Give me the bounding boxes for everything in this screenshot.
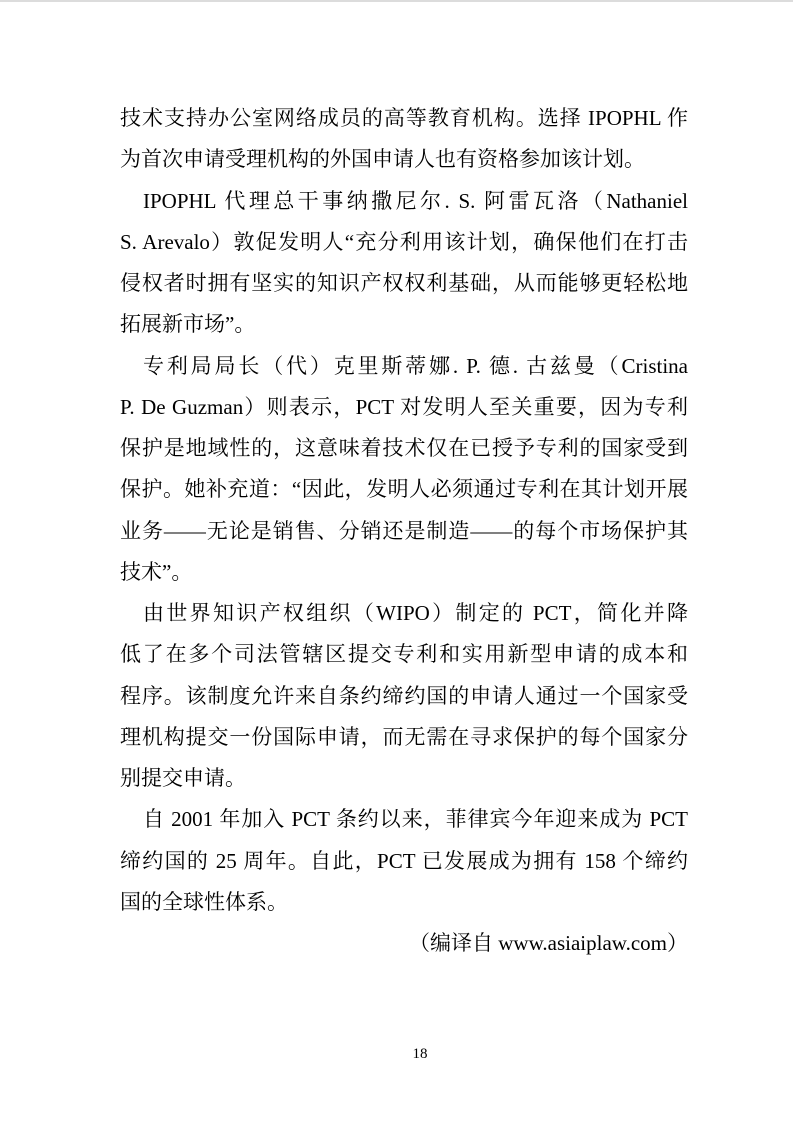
text-line: 缔约国的 25 周年。自此，PCT 已发展成为拥有 158 个缔约 bbox=[120, 841, 688, 882]
text-line: IPOPHL 代理总干事纳撒尼尔. S. 阿雷瓦洛（Nathaniel bbox=[120, 181, 688, 222]
article-body: 技术支持办公室网络成员的高等教育机构。选择 IPOPHL 作 为首次申请受理机构… bbox=[120, 98, 688, 964]
page-number: 18 bbox=[384, 1044, 456, 1064]
paragraph-arevalo-quote: IPOPHL 代理总干事纳撒尼尔. S. 阿雷瓦洛（Nathaniel S. A… bbox=[120, 181, 688, 346]
text-line: P. De Guzman）则表示，PCT 对发明人至关重要，因为专利 bbox=[120, 387, 688, 428]
text-line: 别提交申请。 bbox=[120, 758, 688, 799]
document-page: 技术支持办公室网络成员的高等教育机构。选择 IPOPHL 作 为首次申请受理机构… bbox=[0, 0, 793, 1122]
paragraph-ipophl-program: 技术支持办公室网络成员的高等教育机构。选择 IPOPHL 作 为首次申请受理机构… bbox=[120, 98, 688, 181]
text-line: 由世界知识产权组织（WIPO）制定的 PCT，简化并降 bbox=[120, 593, 688, 634]
paragraph-philippines-anniversary: 自 2001 年加入 PCT 条约以来，菲律宾今年迎来成为 PCT 缔约国的 2… bbox=[120, 799, 688, 923]
text-line: 业务——无论是销售、分销还是制造——的每个市场保护其 bbox=[120, 511, 688, 552]
text-line: 保护是地域性的，这意味着技术仅在已授予专利的国家受到 bbox=[120, 428, 688, 469]
text-line: 低了在多个司法管辖区提交专利和实用新型申请的成本和 bbox=[120, 634, 688, 675]
text-line: 拓展新市场”。 bbox=[120, 304, 688, 345]
text-line: 保护。她补充道：“因此，发明人必须通过专利在其计划开展 bbox=[120, 469, 688, 510]
text-line: 国的全球性体系。 bbox=[120, 882, 688, 923]
paragraph-guzman-quote: 专利局局长（代）克里斯蒂娜. P. 德. 古兹曼（Cristina P. De … bbox=[120, 346, 688, 594]
text-line: 理机构提交一份国际申请，而无需在寻求保护的每个国家分 bbox=[120, 717, 688, 758]
page-top-edge bbox=[0, 0, 793, 2]
text-line: 为首次申请受理机构的外国申请人也有资格参加该计划。 bbox=[120, 139, 688, 180]
text-line: 技术支持办公室网络成员的高等教育机构。选择 IPOPHL 作 bbox=[120, 98, 688, 139]
byline: （编译自 www.asiaiplaw.com） bbox=[120, 923, 688, 964]
text-line: 程序。该制度允许来自条约缔约国的申请人通过一个国家受 bbox=[120, 676, 688, 717]
paragraph-wipo-pct: 由世界知识产权组织（WIPO）制定的 PCT，简化并降 低了在多个司法管辖区提交… bbox=[120, 593, 688, 799]
text-line: 专利局局长（代）克里斯蒂娜. P. 德. 古兹曼（Cristina bbox=[120, 346, 688, 387]
text-line: S. Arevalo）敦促发明人“充分利用该计划，确保他们在打击 bbox=[120, 222, 688, 263]
text-line: 技术”。 bbox=[120, 552, 688, 593]
text-line: 侵权者时拥有坚实的知识产权权利基础，从而能够更轻松地 bbox=[120, 263, 688, 304]
text-line: 自 2001 年加入 PCT 条约以来，菲律宾今年迎来成为 PCT bbox=[120, 799, 688, 840]
